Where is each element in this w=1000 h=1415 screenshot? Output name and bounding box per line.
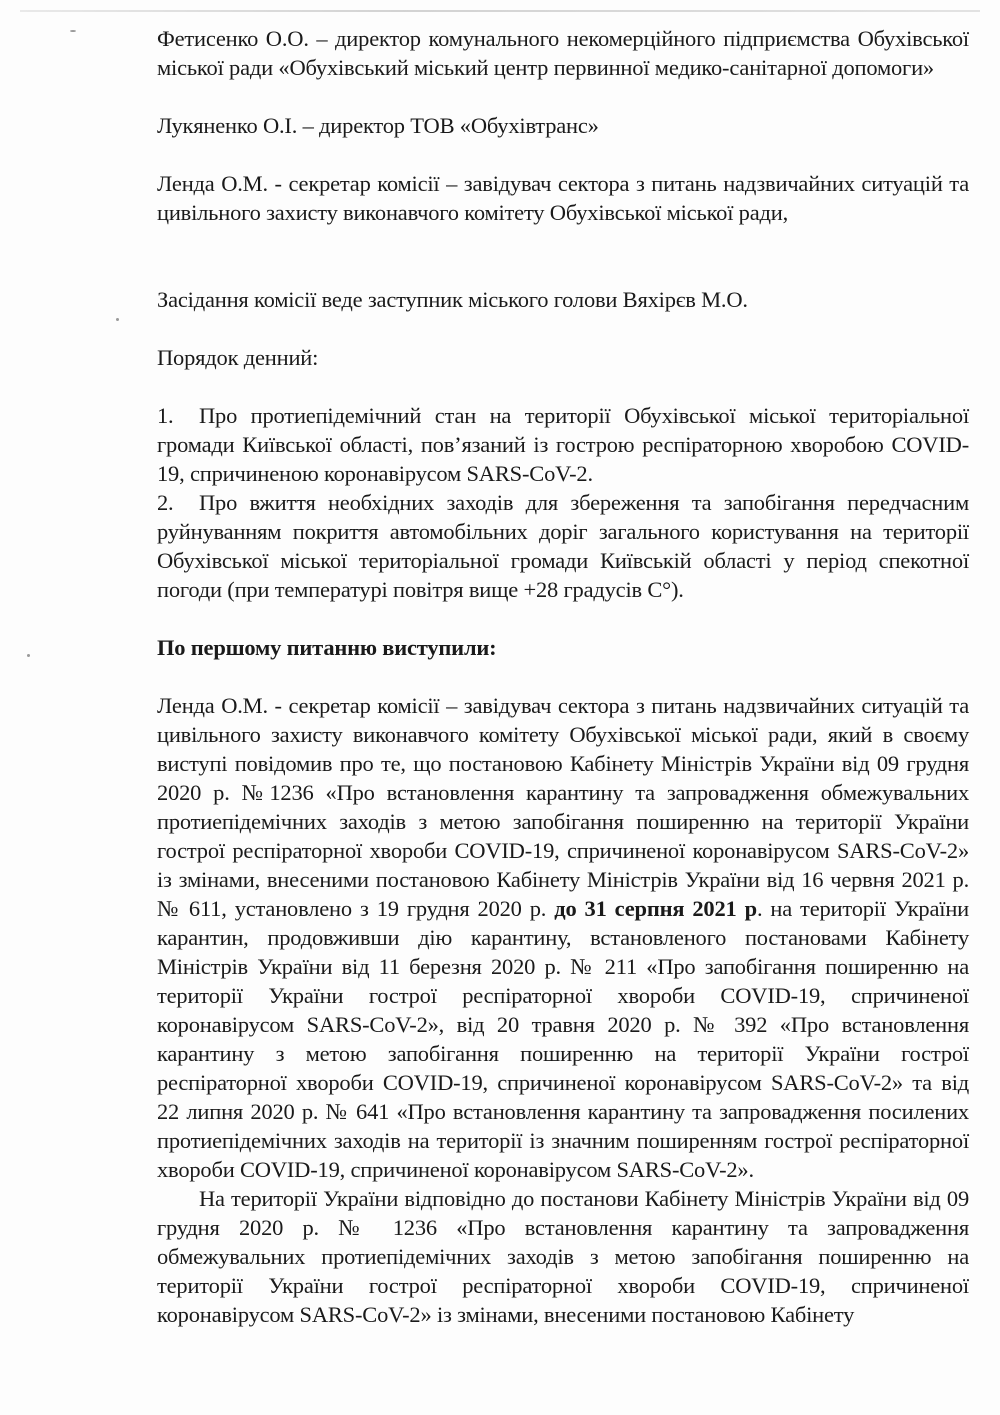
agenda-item-text: Про протиепідемічний стан на території О… bbox=[157, 403, 969, 486]
scan-speck bbox=[70, 30, 76, 32]
scan-speck bbox=[116, 318, 119, 321]
scan-speck bbox=[27, 654, 30, 657]
agenda-title: Порядок денний: bbox=[157, 343, 969, 372]
section-heading: По першому питанню виступили: bbox=[157, 633, 969, 662]
speech-bold-date: до 31 серпня 2021 р bbox=[554, 896, 757, 921]
agenda-item-number: 1. bbox=[157, 401, 199, 430]
member-lukyanenko: Лукяненко О.І. – директор ТОВ «Обухівтра… bbox=[157, 111, 969, 140]
agenda-item-1: 1.Про протиепідемічний стан на території… bbox=[157, 401, 969, 488]
agenda-item-text: Про вжиття необхідних заходів для збереж… bbox=[157, 490, 969, 602]
meeting-chair: Засідання комісії веде заступник міськог… bbox=[157, 285, 969, 314]
document-page: Фетисенко О.О. – директор комунального н… bbox=[157, 24, 969, 1329]
agenda-item-number: 2. bbox=[157, 488, 199, 517]
last-paragraph: На території України відповідно до поста… bbox=[157, 1184, 969, 1329]
scan-edge-artifact bbox=[20, 10, 980, 12]
speech-text-part1: Ленда О.М. - секретар комісії – завідува… bbox=[157, 693, 969, 921]
speech-paragraph: Ленда О.М. - секретар комісії – завідува… bbox=[157, 691, 969, 1184]
member-lenda: Ленда О.М. - секретар комісії – завідува… bbox=[157, 169, 969, 227]
agenda-item-2: 2.Про вжиття необхідних заходів для збер… bbox=[157, 488, 969, 604]
member-fetysenko: Фетисенко О.О. – директор комунального н… bbox=[157, 24, 969, 82]
speech-text-part2: . на території України карантин, продовж… bbox=[157, 896, 969, 1182]
